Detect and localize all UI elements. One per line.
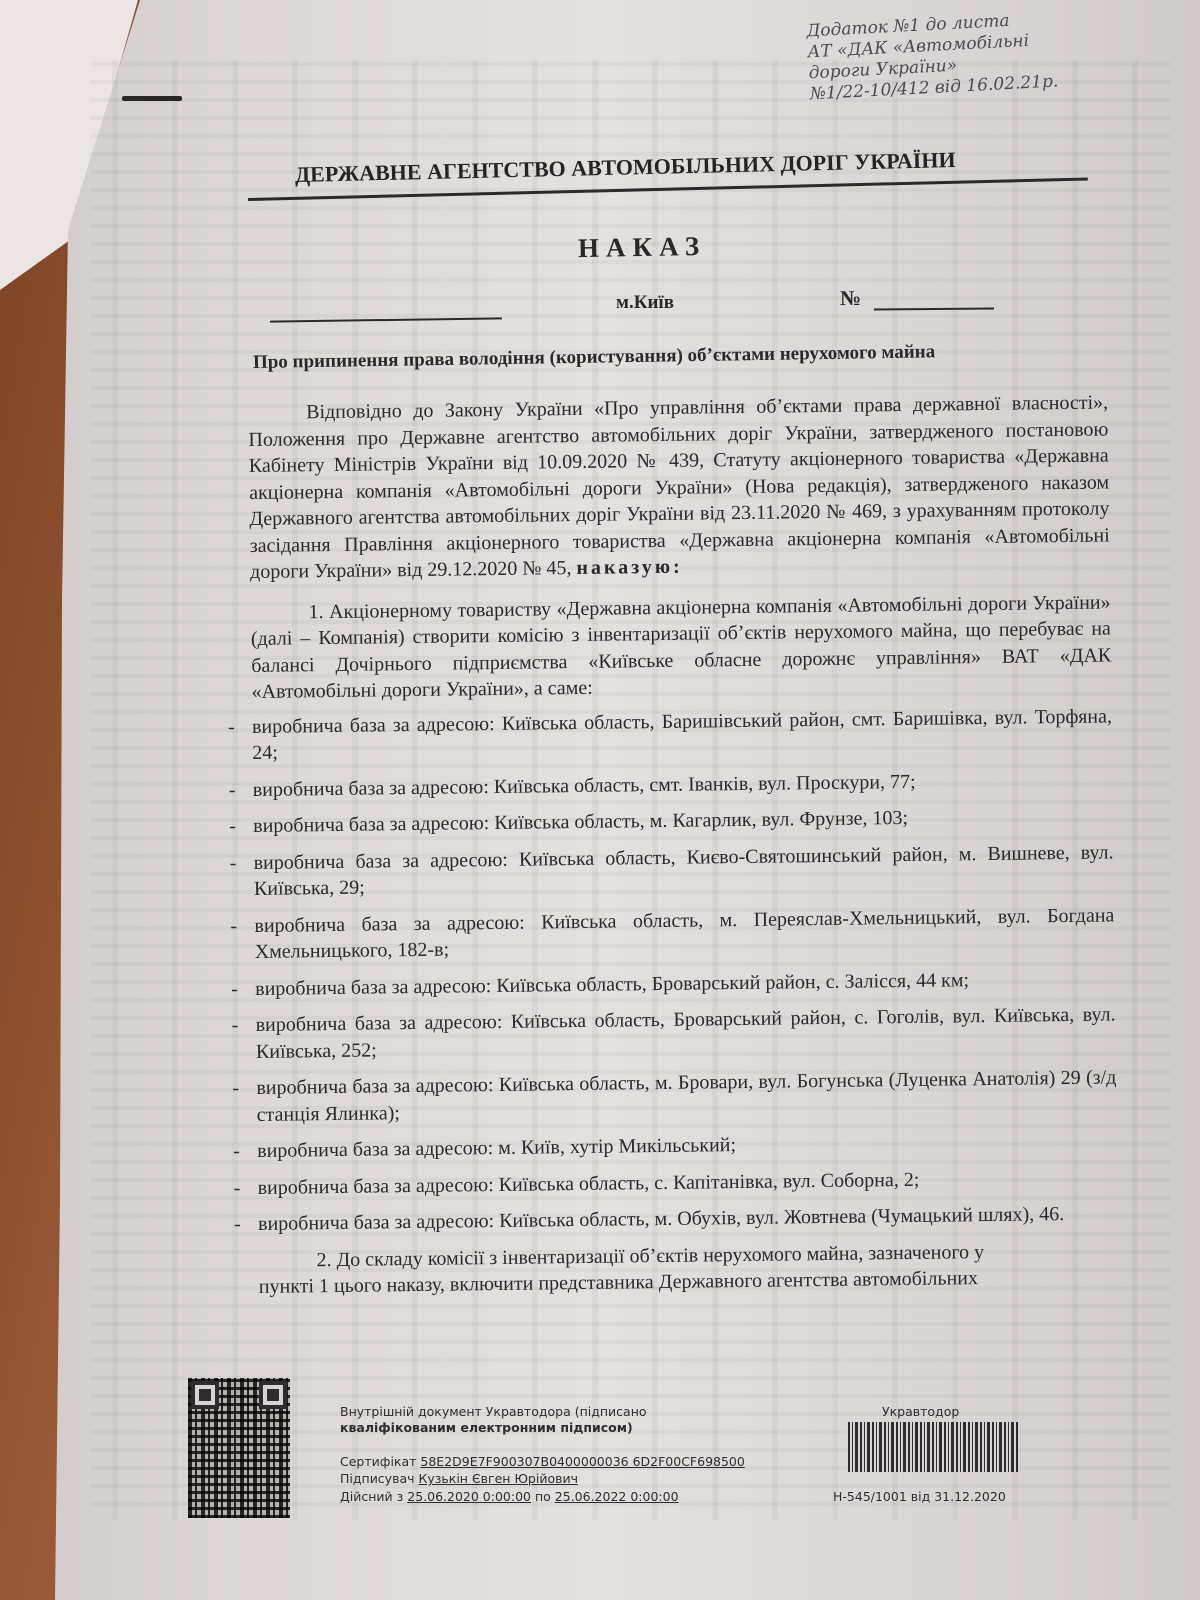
stamp-org: Укравтодор: [882, 1404, 959, 1419]
list-item: -виробнича база за адресою: Київська обл…: [231, 1001, 1116, 1065]
list-item: -виробнича база за адресою: Київська обл…: [229, 766, 1113, 803]
bases-list: -виробнича база за адресою: Київська обл…: [228, 703, 1118, 1238]
stamp-header-line-2: кваліфікованим електронним підписом): [340, 1420, 633, 1435]
certificate-row: Сертифікат 58E2D9E7F900307B0400000036 6D…: [340, 1454, 745, 1469]
list-item: -виробнича база за адресою: Київська обл…: [233, 1164, 1117, 1201]
registration-number: Н-545/1001 від 31.12.2020: [833, 1489, 1006, 1504]
stamp-header-line-1: Внутрішній документ Укравтодора (підписа…: [340, 1404, 647, 1419]
order-body: Відповідно до Закону України «Про управл…: [248, 389, 1119, 1300]
order-word: наказую:: [576, 556, 683, 579]
certificate-value: 58E2D9E7F900307B0400000036 6D2F00CF69850…: [420, 1454, 744, 1469]
qr-code-icon: [188, 1378, 290, 1518]
list-item: -виробнича база за адресою: Київська обл…: [228, 703, 1113, 767]
e-signature-stamp: Внутрішній документ Укравтодора (підписа…: [188, 1378, 1048, 1518]
date-blank-line: [270, 317, 502, 322]
doc-type-title: НАКАЗ: [578, 231, 707, 264]
list-item: -виробнича база за адресою: Київська обл…: [232, 1064, 1117, 1128]
list-item: -виробнича база за адресою: Київська обл…: [231, 965, 1115, 1002]
preamble: Відповідно до Закону України «Про управл…: [248, 389, 1110, 585]
handwritten-note: Додаток №1 до листа АТ «ДАК «Автомобільн…: [806, 3, 1170, 106]
number-blank-line: [874, 307, 994, 310]
signer-row: Підписувач Кузькін Євген Юрійович: [340, 1471, 578, 1486]
certificate-label: Сертифікат: [340, 1454, 416, 1469]
order-document: Додаток №1 до листа АТ «ДАК «Автомобільн…: [0, 0, 1200, 1600]
item-1: 1. Акціонерному товариству «Державна акц…: [250, 589, 1111, 705]
valid-to-value: 25.06.2022 0:00:00: [555, 1489, 679, 1504]
list-item: -виробнича база за адресою: Київська обл…: [229, 839, 1114, 903]
list-item: -виробнича база за адресою: м. Київ, хут…: [233, 1127, 1117, 1164]
signer-label: Підписувач: [340, 1471, 415, 1486]
valid-to-label: по: [535, 1489, 551, 1504]
number-label: №: [840, 286, 861, 311]
city: м.Київ: [616, 292, 674, 314]
valid-from-value: 25.06.2020 0:00:00: [407, 1489, 531, 1504]
list-item: -виробнича база за адресою: Київська обл…: [229, 802, 1113, 839]
dash-mark: [122, 96, 182, 101]
list-item: -виробнича база за адресою: Київська обл…: [230, 902, 1115, 966]
barcode-icon: [848, 1422, 1018, 1472]
preamble-text: Відповідно до Закону України «Про управл…: [248, 391, 1109, 582]
valid-from-label: Дійсний з: [340, 1489, 403, 1504]
validity-row: Дійсний з 25.06.2020 0:00:00 по 25.06.20…: [340, 1489, 679, 1504]
list-item: -виробнича база за адресою: Київська обл…: [234, 1200, 1118, 1237]
order-subject: Про припинення права володіння (користув…: [253, 338, 1113, 374]
signer-value: Кузькін Євген Юрійович: [418, 1471, 578, 1486]
